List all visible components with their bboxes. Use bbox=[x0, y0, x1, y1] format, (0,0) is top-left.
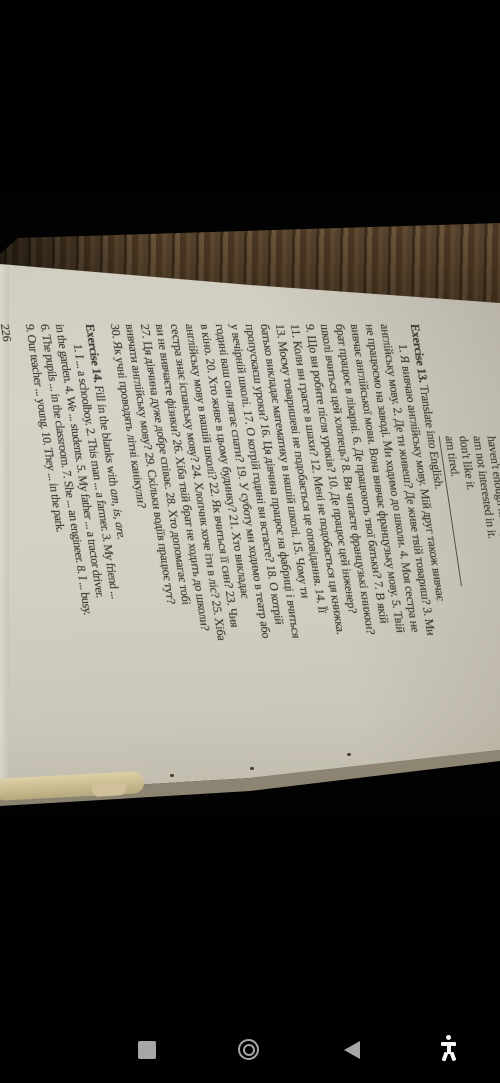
home-circle-icon[interactable] bbox=[238, 1039, 259, 1060]
accessibility-head-dot bbox=[446, 1035, 451, 1040]
dirt-speck bbox=[250, 767, 254, 770]
page-text-rotated: haven't enough money. am not interested … bbox=[0, 312, 500, 742]
book-page-photo: haven't enough money. am not interested … bbox=[0, 190, 500, 815]
dirt-speck bbox=[347, 753, 351, 756]
accessibility-icon[interactable] bbox=[438, 1035, 458, 1065]
page-edge-curl-small bbox=[92, 781, 127, 797]
phone-screenshot: haven't enough money. am not interested … bbox=[0, 0, 500, 1083]
accessibility-leg-right bbox=[449, 1052, 455, 1062]
dirt-speck bbox=[170, 774, 174, 777]
accessibility-leg-left bbox=[442, 1052, 448, 1062]
android-navigation-bar bbox=[0, 1030, 500, 1083]
home-circle-inner bbox=[243, 1044, 255, 1056]
recents-square-icon[interactable] bbox=[138, 1041, 156, 1059]
back-triangle-icon[interactable] bbox=[344, 1041, 360, 1059]
